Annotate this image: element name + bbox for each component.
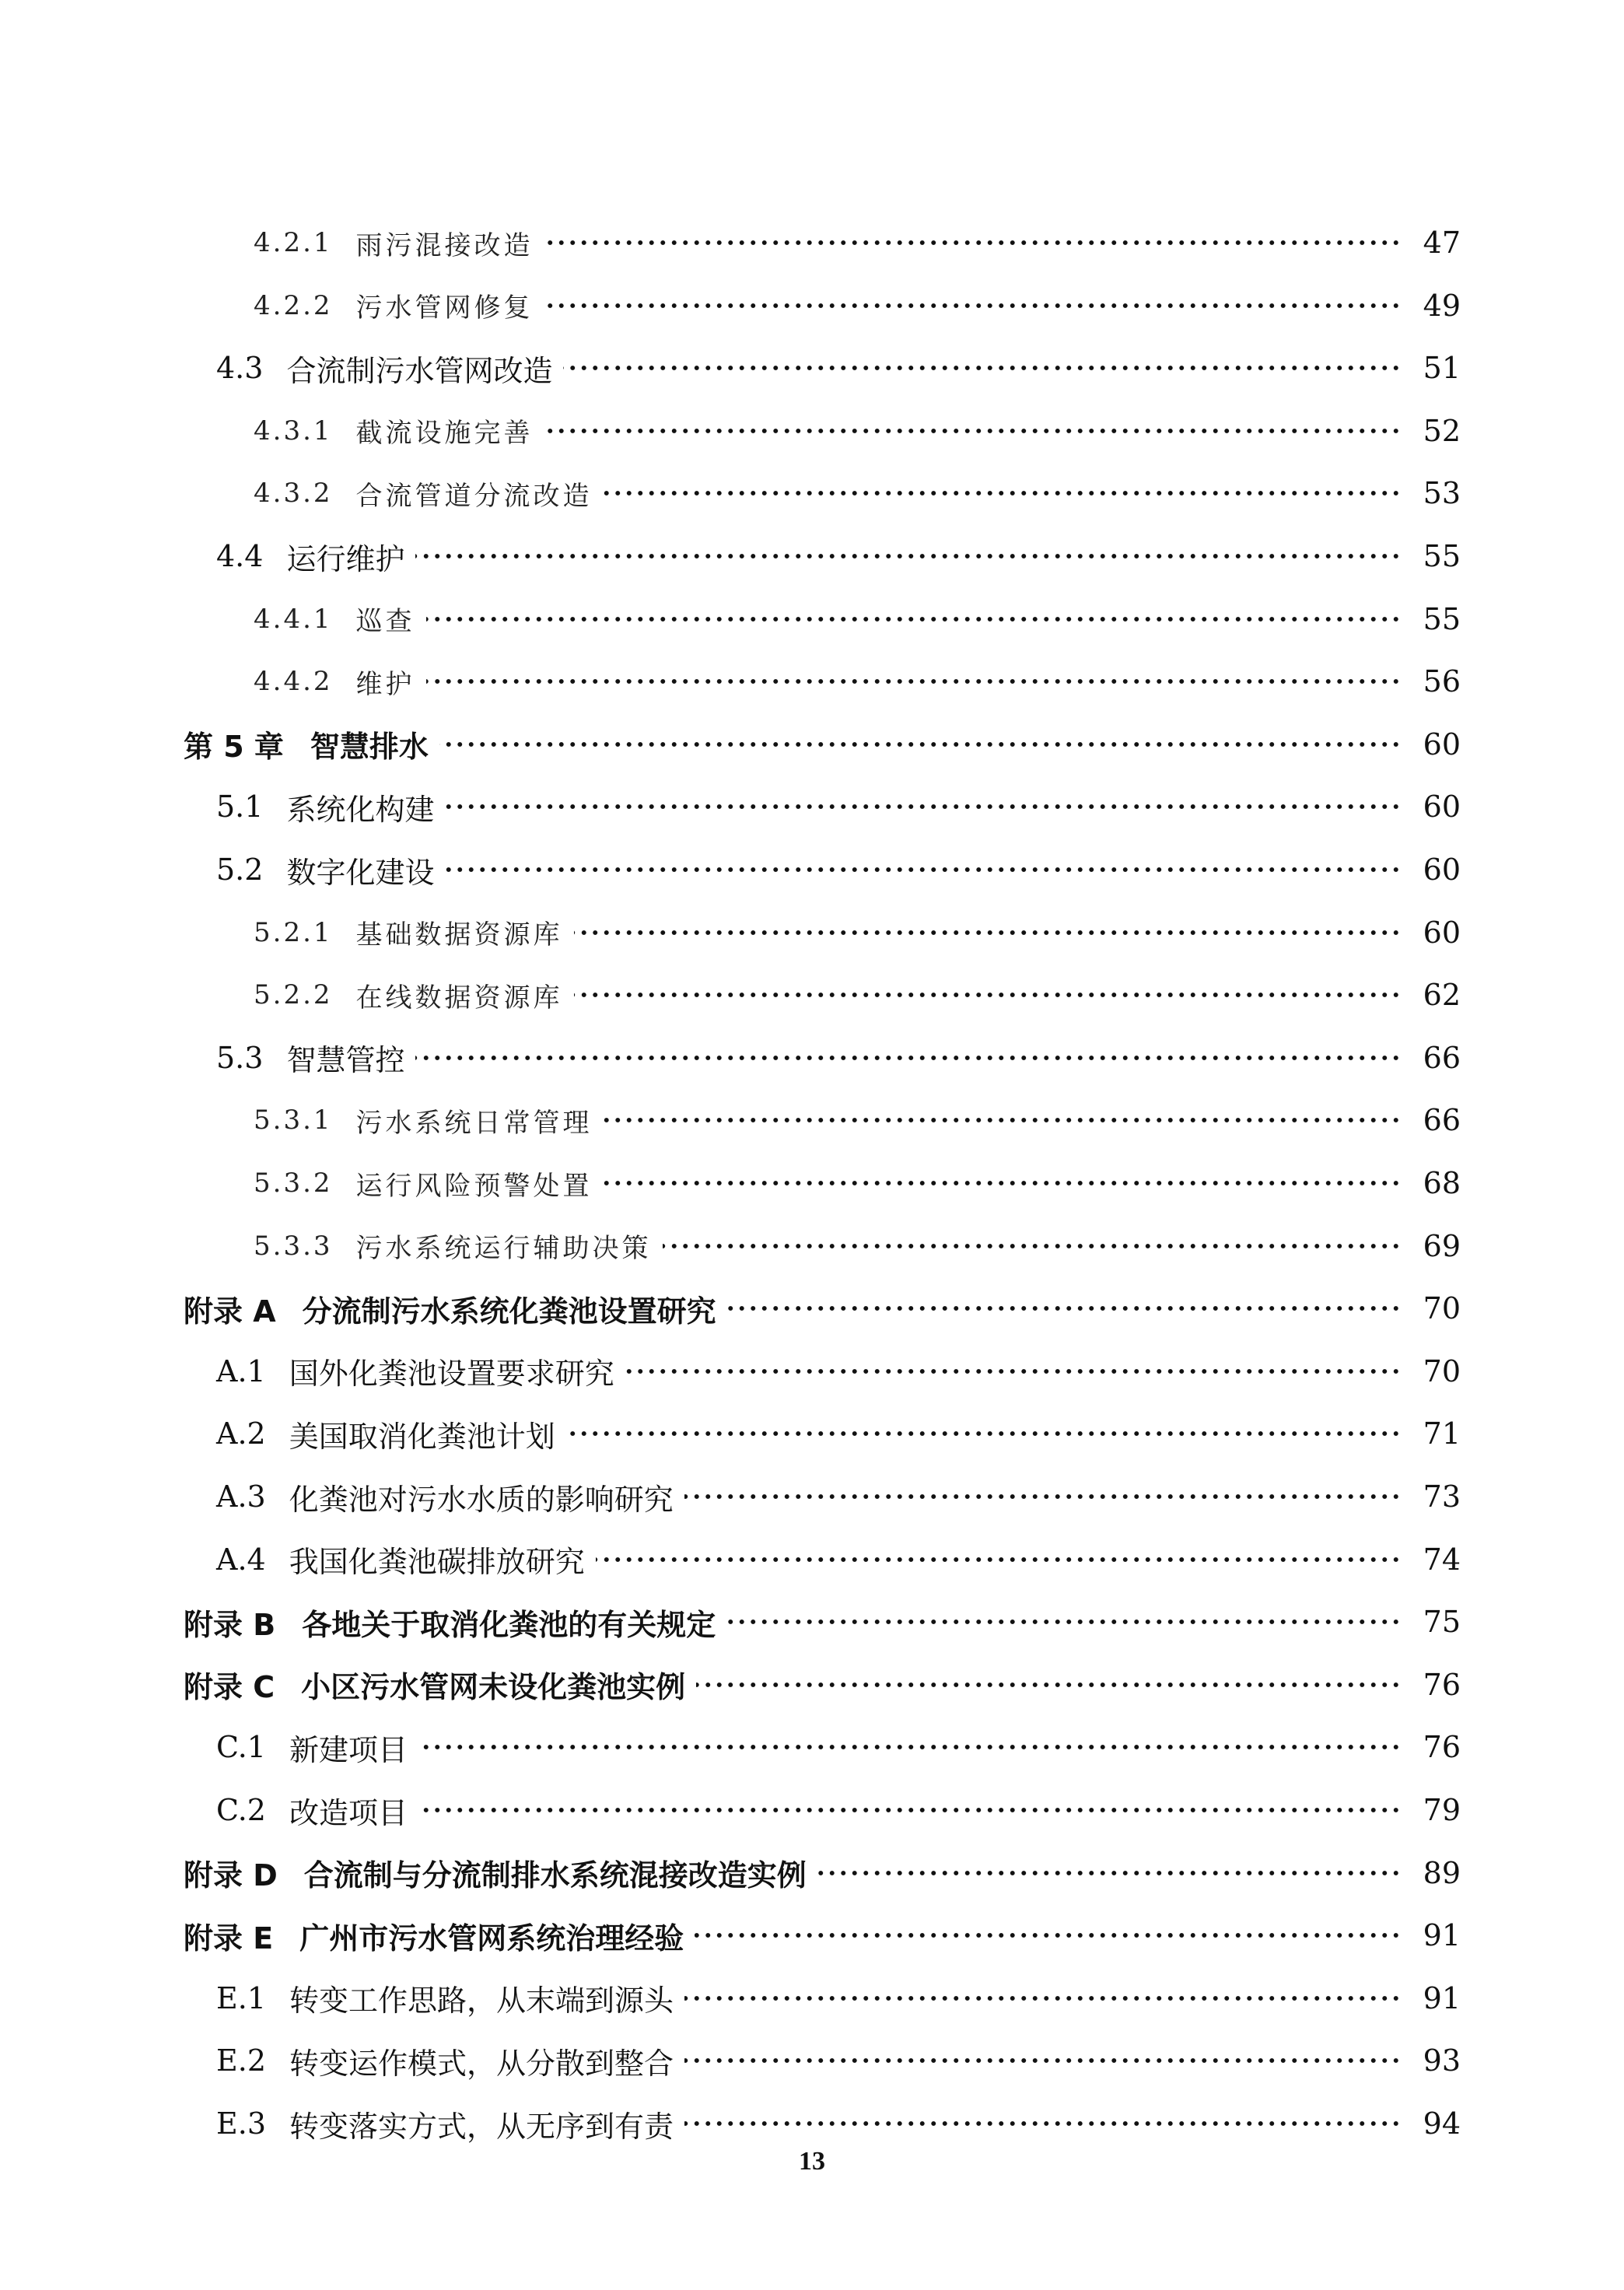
toc-entry[interactable]: 4.2.2污水管网修复49 [0, 275, 1624, 337]
toc-entry-heading: C.2改造项目 [216, 1789, 408, 1832]
toc-entry-number: 第 5 章 [184, 723, 284, 765]
toc-entry-page: 62 [1414, 964, 1461, 1026]
dot-leader [418, 1744, 1402, 1750]
toc-entry-heading: 5.1系统化构建 [216, 786, 434, 828]
toc-entry-number: 4.4.2 [254, 666, 333, 697]
toc-entry-page: 94 [1414, 2092, 1461, 2155]
toc-entry-title: 维护 [356, 663, 415, 701]
toc-entry-title: 转变工作思路，从末端到源头 [289, 1977, 674, 2019]
toc-entry-number: E.3 [216, 2106, 266, 2141]
dot-leader [426, 616, 1402, 622]
dot-leader [596, 1556, 1402, 1563]
page-number: 13 [0, 2147, 1624, 2176]
toc-entry-number: 4.2.2 [254, 290, 333, 321]
toc-entry-heading: 5.3.3污水系统运行辅助决策 [254, 1227, 652, 1265]
document-page: 4.2.1雨污混接改造474.2.2污水管网修复494.3合流制污水管网改造51… [0, 0, 1624, 2290]
toc-entry[interactable]: 5.2.1基础数据资源库60 [0, 902, 1624, 964]
toc-entry-page: 60 [1414, 902, 1461, 964]
toc-entry-page: 70 [1414, 1277, 1461, 1339]
toc-entry-heading: 5.2.1基础数据资源库 [254, 913, 563, 951]
toc-entry[interactable]: 5.3.2运行风险预警处置68 [0, 1152, 1624, 1214]
toc-entry-heading: 附录 A分流制污水系统化粪池设置研究 [184, 1287, 716, 1330]
toc-entry[interactable]: 4.4.1巡查55 [0, 588, 1624, 650]
toc-entry-number: E.1 [216, 1981, 266, 2015]
toc-entry-title: 雨污混接改造 [356, 224, 534, 262]
toc-entry-page: 89 [1414, 1842, 1461, 1904]
toc-entry-heading: 附录 B各地关于取消化粪池的有关规定 [184, 1601, 716, 1644]
dot-leader [684, 1493, 1402, 1500]
toc-entry-number: 4.3 [216, 351, 263, 385]
toc-entry-page: 69 [1414, 1215, 1461, 1277]
toc-entry-heading: 5.3智慧管控 [216, 1036, 404, 1079]
toc-entry-heading: 附录 E广州市污水管网系统治理经验 [184, 1914, 684, 1957]
toc-entry-number: 附录 C [184, 1663, 275, 1706]
toc-entry-page: 70 [1414, 1340, 1461, 1402]
toc-entry-page: 56 [1414, 650, 1461, 713]
toc-entry-number: 4.3.2 [254, 478, 333, 509]
toc-entry-title: 美国取消化粪池计划 [289, 1413, 555, 1455]
toc-entry-title: 污水系统运行辅助决策 [356, 1227, 652, 1265]
toc-entry-heading: 4.4.1巡查 [254, 600, 415, 638]
toc-entry[interactable]: A.4我国化粪池碳排放研究74 [0, 1528, 1624, 1591]
dot-leader [604, 490, 1402, 496]
toc-entry[interactable]: A.1国外化粪池设置要求研究70 [0, 1340, 1624, 1402]
toc-entry[interactable]: 附录 A分流制污水系统化粪池设置研究70 [0, 1277, 1624, 1339]
toc-entry-page: 55 [1414, 588, 1461, 650]
toc-entry[interactable]: 5.2.2在线数据资源库62 [0, 964, 1624, 1026]
toc-entry-number: 4.3.1 [254, 415, 333, 446]
toc-entry-number: 附录 A [184, 1287, 276, 1330]
toc-entry[interactable]: 4.3.1截流设施完善52 [0, 400, 1624, 462]
toc-entry-heading: A.3化粪池对污水水质的影响研究 [216, 1476, 674, 1518]
toc-entry-page: 75 [1414, 1591, 1461, 1653]
toc-entry-title: 污水系统日常管理 [356, 1101, 593, 1140]
toc-entry-heading: 4.3.2合流管道分流改造 [254, 474, 593, 513]
toc-entry-page: 74 [1414, 1528, 1461, 1591]
toc-entry-page: 60 [1414, 713, 1461, 776]
toc-entry-title: 基础数据资源库 [356, 913, 563, 951]
toc-entry-page: 51 [1414, 337, 1461, 399]
toc-entry-heading: 5.2数字化建设 [216, 849, 434, 891]
toc-entry-page: 73 [1414, 1465, 1461, 1528]
toc-entry-number: 5.1 [216, 790, 263, 824]
toc-entry-number: 5.3.3 [254, 1231, 333, 1262]
toc-entry-number: C.1 [216, 1730, 266, 1764]
dot-leader [574, 992, 1402, 998]
toc-entry-page: 47 [1414, 212, 1461, 274]
dot-leader [563, 365, 1402, 371]
toc-entry[interactable]: 5.2数字化建设60 [0, 839, 1624, 901]
toc-entry[interactable]: A.2美国取消化粪池计划71 [0, 1402, 1624, 1465]
toc-entry-title: 合流制污水管网改造 [286, 347, 552, 390]
toc-entry-page: 91 [1414, 1904, 1461, 1966]
toc-entry-title: 合流管道分流改造 [356, 474, 593, 513]
dot-leader [726, 1619, 1402, 1625]
dot-leader [418, 1807, 1402, 1813]
toc-entry-title: 化粪池对污水水质的影响研究 [289, 1476, 674, 1518]
toc-entry[interactable]: E.3转变落实方式，从无序到有责94 [0, 2092, 1624, 2155]
toc-entry-page: 60 [1414, 776, 1461, 838]
toc-entry-title: 广州市污水管网系统治理经验 [299, 1914, 684, 1957]
toc-entry-title: 在线数据资源库 [356, 976, 563, 1014]
toc-entry[interactable]: 5.3.1污水系统日常管理66 [0, 1089, 1624, 1151]
toc-entry-page: 60 [1414, 839, 1461, 901]
dot-leader [727, 1305, 1402, 1311]
toc-entry-number: A.2 [216, 1416, 266, 1451]
toc-entry-title: 小区污水管网未设化粪池实例 [301, 1663, 685, 1706]
toc-entry-number: 5.3 [216, 1041, 263, 1075]
toc-entry-page: 71 [1414, 1402, 1461, 1465]
toc-entry-heading: 第 5 章智慧排水 [184, 723, 429, 765]
toc-entry[interactable]: C.2改造项目79 [0, 1779, 1624, 1841]
toc-entry-number: 4.4.1 [254, 604, 333, 635]
toc-entry-page: 52 [1414, 400, 1461, 462]
toc-entry-heading: 4.2.1雨污混接改造 [254, 224, 534, 262]
toc-entry-heading: 5.3.1污水系统日常管理 [254, 1101, 593, 1140]
toc-entry-heading: 4.2.2污水管网修复 [254, 286, 534, 324]
toc-entry-title: 转变落实方式，从无序到有责 [289, 2103, 674, 2145]
toc-entry-number: 5.2 [216, 853, 263, 887]
dot-leader [544, 303, 1402, 309]
toc-entry-number: C.2 [216, 1793, 266, 1827]
dot-leader [695, 1932, 1402, 1938]
toc-entry[interactable]: 附录 E广州市污水管网系统治理经验91 [0, 1904, 1624, 1966]
toc-entry-page: 55 [1414, 525, 1461, 587]
toc-entry-heading: A.1国外化粪池设置要求研究 [216, 1350, 614, 1392]
toc-entry-number: 附录 D [184, 1851, 278, 1894]
dot-leader [415, 1055, 1402, 1061]
toc-entry-page: 49 [1414, 275, 1461, 337]
toc-entry-title: 国外化粪池设置要求研究 [289, 1350, 614, 1392]
dot-leader [604, 1117, 1402, 1123]
toc-entry-heading: E.1转变工作思路，从末端到源头 [216, 1977, 674, 2019]
toc-entry-number: A.3 [216, 1479, 266, 1514]
toc-entry-number: 5.3.1 [254, 1105, 333, 1136]
dot-leader [817, 1870, 1402, 1876]
dot-leader [684, 2057, 1402, 2064]
dot-leader [415, 553, 1402, 559]
toc-entry[interactable]: 4.3.2合流管道分流改造53 [0, 462, 1624, 524]
toc-entry-title: 污水管网修复 [356, 286, 534, 324]
toc-entry-number: 附录 E [184, 1914, 273, 1957]
dot-leader [684, 2120, 1402, 2127]
toc-entry[interactable]: E.2转变运作模式，从分散到整合93 [0, 2029, 1624, 2092]
toc-entry-title: 运行风险预警处置 [356, 1164, 593, 1203]
toc-entry-title: 巡查 [356, 600, 415, 638]
dot-leader [439, 741, 1402, 748]
dot-leader [445, 804, 1402, 810]
toc-entry-title: 我国化粪池碳排放研究 [289, 1538, 585, 1581]
toc-entry-page: 91 [1414, 1967, 1461, 2029]
toc-entry-title: 改造项目 [289, 1789, 408, 1832]
dot-leader [544, 240, 1402, 246]
dot-leader [544, 428, 1402, 434]
toc-entry-heading: A.4我国化粪池碳排放研究 [216, 1538, 585, 1581]
toc-entry-number: 4.4 [216, 539, 263, 573]
dot-leader [604, 1180, 1402, 1186]
toc-entry[interactable]: 5.1系统化构建60 [0, 776, 1624, 838]
toc-entry[interactable]: 5.3智慧管控66 [0, 1027, 1624, 1089]
toc-entry-heading: 4.3.1截流设施完善 [254, 411, 534, 450]
toc-entry-number: 5.3.2 [254, 1168, 333, 1199]
toc-entry-page: 76 [1414, 1716, 1461, 1778]
toc-entry[interactable]: 4.2.1雨污混接改造47 [0, 212, 1624, 274]
dot-leader [574, 930, 1402, 936]
dot-leader [625, 1368, 1402, 1374]
toc-entry-heading: C.1新建项目 [216, 1726, 408, 1769]
toc-entry-heading: 4.4运行维护 [216, 535, 404, 578]
toc-entry-title: 智慧排水 [310, 723, 429, 765]
toc-entry-number: E.2 [216, 2043, 266, 2078]
toc-entry[interactable]: 第 5 章智慧排水60 [0, 713, 1624, 776]
toc-entry-page: 66 [1414, 1027, 1461, 1089]
toc-entry[interactable]: 附录 C小区污水管网未设化粪池实例76 [0, 1654, 1624, 1716]
toc-entry-page: 93 [1414, 2029, 1461, 2092]
toc-entry-heading: E.2转变运作模式，从分散到整合 [216, 2040, 674, 2082]
toc-entry-page: 68 [1414, 1152, 1461, 1214]
toc-entry-page: 53 [1414, 462, 1461, 524]
toc-entry-title: 截流设施完善 [356, 411, 534, 450]
toc-entry-heading: 4.4.2维护 [254, 663, 415, 701]
toc-entry-title: 新建项目 [289, 1726, 408, 1769]
dot-leader [426, 678, 1402, 685]
toc-entry-page: 66 [1414, 1089, 1461, 1151]
toc-entry-heading: E.3转变落实方式，从无序到有责 [216, 2103, 674, 2145]
toc-entry-title: 数字化建设 [286, 849, 434, 891]
toc-entry-title: 系统化构建 [286, 786, 434, 828]
toc-entry[interactable]: 5.3.3污水系统运行辅助决策69 [0, 1215, 1624, 1277]
toc-entry[interactable]: 4.4运行维护55 [0, 525, 1624, 587]
dot-leader [663, 1243, 1402, 1249]
dot-leader [696, 1682, 1402, 1688]
toc-entry-title: 转变运作模式，从分散到整合 [289, 2040, 674, 2082]
toc-entry[interactable]: C.1新建项目76 [0, 1716, 1624, 1778]
toc-entry-number: 4.2.1 [254, 227, 333, 258]
toc-entry-heading: 5.3.2运行风险预警处置 [254, 1164, 593, 1203]
toc-entry-title: 合流制与分流制排水系统混接改造实例 [304, 1851, 807, 1894]
toc-entry-number: 附录 B [184, 1601, 275, 1644]
toc-entry-title: 智慧管控 [286, 1036, 404, 1079]
toc-entry-number: A.4 [216, 1542, 266, 1577]
toc-entry-heading: 附录 D合流制与分流制排水系统混接改造实例 [184, 1851, 807, 1894]
dot-leader [445, 867, 1402, 873]
toc-entry-title: 各地关于取消化粪池的有关规定 [302, 1601, 716, 1644]
toc-entry-number: A.1 [216, 1354, 266, 1388]
toc-entry[interactable]: 附录 B各地关于取消化粪池的有关规定75 [0, 1591, 1624, 1653]
toc-entry[interactable]: 4.3合流制污水管网改造51 [0, 337, 1624, 399]
toc-entry[interactable]: A.3化粪池对污水水质的影响研究73 [0, 1465, 1624, 1528]
toc-entry-title: 运行维护 [286, 535, 404, 578]
toc-entry-heading: 4.3合流制污水管网改造 [216, 347, 552, 390]
toc-entry-title: 分流制污水系统化粪池设置研究 [303, 1287, 716, 1330]
toc-entry-heading: 附录 C小区污水管网未设化粪池实例 [184, 1663, 685, 1706]
toc-entry[interactable]: 4.4.2维护56 [0, 650, 1624, 713]
toc-entry-number: 5.2.2 [254, 979, 333, 1010]
toc-entry-heading: A.2美国取消化粪池计划 [216, 1413, 555, 1455]
dot-leader [684, 1995, 1402, 2001]
toc-entry[interactable]: 附录 D合流制与分流制排水系统混接改造实例89 [0, 1842, 1624, 1904]
dot-leader [566, 1430, 1402, 1437]
toc-entry-number: 5.2.1 [254, 917, 333, 948]
toc-entry[interactable]: E.1转变工作思路，从末端到源头91 [0, 1967, 1624, 2029]
toc-entry-heading: 5.2.2在线数据资源库 [254, 976, 563, 1014]
toc-entry-page: 79 [1414, 1779, 1461, 1841]
toc-entry-page: 76 [1414, 1654, 1461, 1716]
